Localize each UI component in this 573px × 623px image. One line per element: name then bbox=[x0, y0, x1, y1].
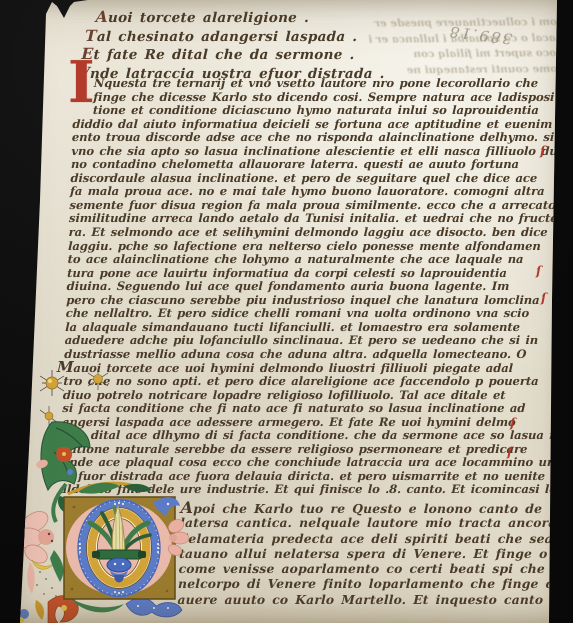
commentary-line: dustriasse mellio aduna cosa che aduna a… bbox=[64, 348, 573, 362]
commentary-line: Nquesta tre ternarij et vno vsetto lauto… bbox=[74, 77, 573, 91]
verse-block: Auoi torcete alareligione .Tal chesinato… bbox=[71, 8, 387, 82]
commentary-line: finge che dicesse Karlo sto dicendo cosi… bbox=[73, 91, 573, 105]
green-top-leaf bbox=[78, 483, 120, 494]
gold-boss-icon bbox=[40, 370, 64, 396]
rubric-line-filler-mark: ſ bbox=[507, 446, 512, 458]
commentary-line: ento troua discorde adse ace che no risp… bbox=[72, 131, 573, 145]
commentary-line: pero che ciascuno serebbe piu industrios… bbox=[66, 294, 573, 308]
commentary-line: similitudine arreca lando aetalo da Tuni… bbox=[69, 212, 573, 226]
commentary-line: laggiu. pche so lafectione era nelterso … bbox=[68, 240, 573, 254]
verse-line: Auoi torcete alareligione . bbox=[73, 8, 387, 27]
commentary-line: diddio dal aiuto informatiua deicieli se… bbox=[72, 118, 573, 132]
commentary-line: Apoi che Karlo tuo re Questo e lonono ca… bbox=[180, 500, 573, 515]
rubric-line-filler-mark: ſ bbox=[536, 265, 541, 277]
commentary-line: che nellaltro. Et pero sidice chelli rom… bbox=[65, 307, 573, 321]
commentary-line: auere auuto co Karlo Martello. Et inques… bbox=[177, 592, 573, 607]
commentary-line: aduedere adche piu lofanciullo sinclinau… bbox=[65, 334, 573, 348]
commentary-line: la alaquale simandauano tucti lifanciull… bbox=[65, 321, 573, 335]
illumination bbox=[8, 366, 218, 623]
commentary-line: delamateria predecta ace deli spiriti be… bbox=[179, 531, 573, 546]
commentary-line: come venisse aoparlamento co certi beati… bbox=[178, 561, 573, 576]
gold-boss-icon bbox=[88, 369, 108, 390]
commentary-line: fa mala proua ace. no e mai tale hymo bu… bbox=[70, 185, 573, 199]
photo-backdrop: som i colluectinauere pnesde erLacal o c… bbox=[0, 0, 573, 623]
ink-speckles bbox=[36, 571, 57, 597]
pink-flower bbox=[13, 507, 56, 569]
commentary-line: vno che sia apto so lasua inclinatione a… bbox=[71, 145, 573, 159]
commentary-line: no contadino chelometta allauorare later… bbox=[71, 158, 573, 172]
commentary-line: semente fuor disua region fa mala proua … bbox=[69, 199, 573, 213]
manuscript-page: som i colluectinauere pnesde erLacal o c… bbox=[0, 0, 573, 623]
canto-nine-block: Apoi che Karlo tuo re Questo e lonono ca… bbox=[177, 500, 573, 607]
commentary-line: ra. Et selmondo ace et selihymini delmon… bbox=[68, 226, 573, 240]
rubric-line-filler-mark: ſ bbox=[540, 145, 545, 157]
gold-leaf bbox=[35, 600, 44, 620]
rubric-line-filler-mark: ſ bbox=[510, 417, 515, 429]
commentary-line: tauano allui nelatersa spera di Venere. … bbox=[179, 546, 573, 561]
commentary-line: nelcorpo di Venere finito loparlamento c… bbox=[178, 576, 573, 591]
verse-line: Tal chesinato adangersi laspada . bbox=[73, 27, 387, 46]
verse-line: Et fate Re dital che da sermone . bbox=[72, 45, 386, 64]
commentary-line: tura pone ace lauirtu informatiua da cor… bbox=[67, 267, 573, 281]
commentary-line: diuina. Seguendo lui ace quel fondamento… bbox=[66, 280, 573, 294]
commentary-line: latersa cantica. nelquale lautore mio tr… bbox=[180, 515, 573, 530]
blue-dot bbox=[67, 469, 73, 475]
illuminated-initial-d bbox=[64, 483, 189, 599]
rubric-line-filler-mark: ſ bbox=[541, 292, 546, 304]
commentary-line: to ace alainclinatione che lohymo a natu… bbox=[67, 253, 573, 267]
commentary-line: discordaule alasua inclinatione. et pero… bbox=[70, 172, 573, 186]
commentary-line: tione et conditione diciascuno hymo natu… bbox=[73, 104, 573, 118]
